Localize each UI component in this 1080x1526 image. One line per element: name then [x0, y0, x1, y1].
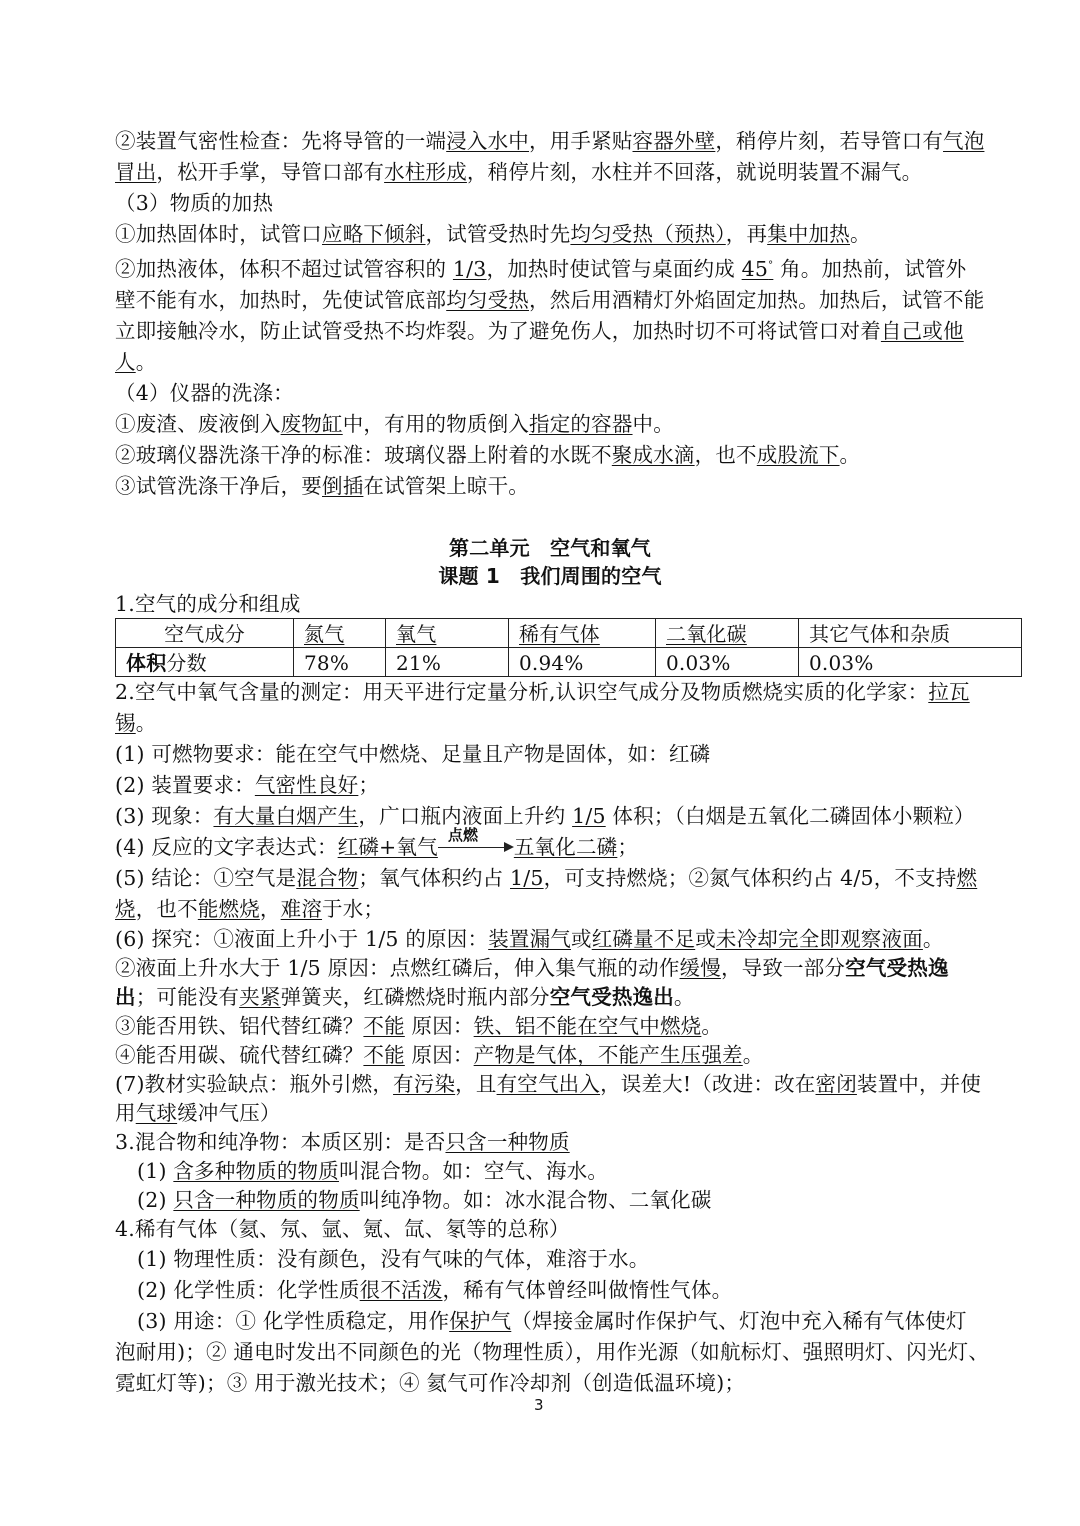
text: 3.混合物和纯净物：本质区别：是否	[115, 1130, 445, 1154]
table-cell: 二氧化碳	[656, 619, 799, 648]
underlined-term: 废物缸	[281, 412, 343, 436]
underlined-term: 均匀受热	[446, 288, 529, 312]
text: ，用手紧贴	[529, 129, 633, 153]
label: 分数	[166, 651, 206, 675]
text: (5) 结论：①空气是	[115, 866, 296, 890]
text: ，稍停片刻，若导管口有	[715, 129, 943, 153]
underlined-term: 集中加热	[767, 222, 850, 246]
text: ，可支持燃烧；②氮气体积约占 4/5，不支持	[544, 866, 957, 890]
underlined-term: 只含一种物质	[445, 1130, 569, 1154]
table-cell: 体积分数	[116, 648, 294, 677]
underlined-term: 不能	[363, 1043, 404, 1067]
heat-solid-paragraph: ①加热固体时，试管口应略下倾斜，试管受热时先均匀受热（预热），再集中加热。	[115, 219, 985, 250]
underlined-term: 难溶	[281, 897, 322, 921]
table-header-row: 空气成分 氮气 氧气 稀有气体 二氧化碳 其它气体和杂质	[116, 619, 1022, 648]
text: 叫混合物。如：空气、海水。	[339, 1159, 608, 1183]
underlined-term: 不能	[363, 1014, 404, 1038]
text: (1)	[137, 1159, 173, 1183]
text: 原因：	[405, 1043, 474, 1067]
text: (7)教材实验缺点：瓶外引燃，	[115, 1072, 393, 1096]
table-cell: 空气成分	[116, 619, 294, 648]
text: 或	[695, 927, 716, 951]
text: ，也不	[695, 443, 757, 467]
text: ③试管洗涤干净后，要	[115, 474, 322, 498]
text: ②玻璃仪器洗涤干净的标准：玻璃仪器上附着的水既不	[115, 443, 612, 467]
mixture-heading: 3.混合物和纯净物：本质区别：是否只含一种物质	[115, 1128, 985, 1157]
text: (3) 用途：① 化学性质稳定，用作	[137, 1309, 449, 1333]
text: 。	[850, 222, 871, 246]
text: 缓冲气压）	[177, 1101, 281, 1125]
text: ②加热液体，体积不超过试管容积的	[115, 257, 453, 281]
text: (6) 探究：①液面上升小于 1/5 的原因：	[115, 927, 488, 951]
text: (3) 现象：	[115, 804, 213, 828]
table-cell: 21%	[386, 648, 509, 677]
text: ①废渣、废液倒入	[115, 412, 281, 436]
table-cell: 78%	[294, 648, 386, 677]
oxygen-test-item-6d: ④能否用碳、硫代替红磷？不能 原因：产物是气体，不能产生压强差。	[115, 1041, 985, 1070]
underlined-term: 未冷却完全即观察液面	[716, 927, 923, 951]
text: 。	[923, 927, 944, 951]
text: 弹簧夹，红磷燃烧时瓶内部分	[281, 985, 550, 1009]
bold-label: 体积	[126, 651, 166, 675]
reaction-equation: 红磷+氧气点燃五氧化二磷	[338, 835, 618, 859]
oxygen-test-item-6b: ②液面上升水大于 1/5 原因：点燃红磷后，伸入集气瓶的动作缓慢，导致一部分空气…	[115, 954, 985, 1012]
text: 体积；（白烟是五氧化二磷固体小颗粒）	[606, 804, 975, 828]
composition-heading: 1.空气的成分和组成	[115, 590, 985, 618]
text: ；	[358, 773, 379, 797]
table-cell: 0.94%	[509, 648, 656, 677]
text: 。	[840, 443, 861, 467]
oxygen-test-item-3: (3) 现象：有大量白烟产生，广口瓶内液面上升约 1/5 体积；（白烟是五氧化二…	[115, 801, 985, 832]
text: ，且	[455, 1072, 496, 1096]
spacer	[115, 502, 985, 534]
underlined-term: 倒插	[322, 474, 363, 498]
text: ，稍停片刻，水柱并不回落，就说明装置不漏气。	[467, 160, 922, 184]
unit-title: 第二单元 空气和氧气	[115, 534, 985, 562]
bold-term: 空气受热逸出	[550, 985, 674, 1009]
oxygen-test-item-1: (1) 可燃物要求：能在空气中燃烧、足量且产物是固体，如：红磷	[115, 739, 985, 770]
underlined-term: 有大量白烟产生	[213, 804, 358, 828]
text: 。	[674, 985, 695, 1009]
text: 。	[743, 1043, 764, 1067]
text: ；氧气体积约占	[358, 866, 510, 890]
underlined-term: 浸入水中	[446, 129, 529, 153]
text: 中。	[633, 412, 674, 436]
underlined-term: 有空气出入	[497, 1072, 601, 1096]
underlined-term: 混合物	[296, 866, 358, 890]
arrow-line	[438, 847, 506, 848]
heating-heading: （3）物质的加热	[115, 188, 985, 219]
underlined-term: 容器外壁	[633, 129, 716, 153]
underlined-term: 气密性良好	[255, 773, 359, 797]
document-page: ②装置气密性检查：先将导管的一端浸入水中，用手紧贴容器外壁，稍停片刻，若导管口有…	[115, 126, 985, 1399]
table-cell: 氧气	[386, 619, 509, 648]
underlined-term: 稀有气体	[519, 622, 600, 646]
reactants: 红磷+氧气	[338, 835, 438, 859]
text: ④能否用碳、硫代替红磷？	[115, 1043, 363, 1067]
text: 。	[136, 711, 157, 735]
table-cell: 稀有气体	[509, 619, 656, 648]
mixture-item-1: (1) 含多种物质的物质叫混合物。如：空气、海水。	[115, 1157, 985, 1186]
wash-item-1: ①废渣、废液倒入废物缸中，有用的物质倒入指定的容器中。	[115, 409, 985, 440]
air-composition-table: 空气成分 氮气 氧气 稀有气体 二氧化碳 其它气体和杂质 体积分数 78% 21…	[115, 618, 1022, 677]
text: ，导致一部分	[721, 956, 845, 980]
underlined-term: 气球	[136, 1101, 177, 1125]
underlined-term: 保护气	[449, 1309, 511, 1333]
table-row: 体积分数 78% 21% 0.94% 0.03% 0.03%	[116, 648, 1022, 677]
underlined-term: 应略下倾斜	[322, 222, 426, 246]
table-cell: 0.03%	[656, 648, 799, 677]
oxygen-test-item-5: (5) 结论：①空气是混合物；氧气体积约占 1/5，可支持燃烧；②氮气体积约占 …	[115, 863, 985, 925]
underlined-term: 密闭	[816, 1072, 857, 1096]
underlined-angle: 45°	[742, 257, 774, 281]
text: ②装置气密性检查：先将导管的一端	[115, 129, 446, 153]
underlined-term: 很不活泼	[360, 1278, 443, 1302]
underlined-term: 成股流下	[757, 443, 840, 467]
rare-gas-heading: 4.稀有气体（氦、氖、氩、氪、氙、氡等的总称）	[115, 1215, 985, 1244]
wash-item-2: ②玻璃仪器洗涤干净的标准：玻璃仪器上附着的水既不聚成水滴，也不成股流下。	[115, 440, 985, 471]
underlined-term: 红磷量不足	[592, 927, 696, 951]
washing-heading: （4）仪器的洗涤：	[115, 378, 985, 409]
underlined-term: 有污染	[393, 1072, 455, 1096]
mixture-item-2: (2) 只含一种物质的物质叫纯净物。如：冰水混合物、二氧化碳	[115, 1186, 985, 1215]
text: 叫纯净物。如：冰水混合物、二氧化碳	[360, 1188, 712, 1212]
text: ；	[617, 835, 638, 859]
underlined-term: 1/3	[453, 257, 487, 281]
underlined-term: 聚成水滴	[612, 443, 695, 467]
underlined-term: 均匀受热（预热）	[570, 222, 725, 246]
text: 于水；	[322, 897, 384, 921]
heat-liquid-paragraph: ②加热液体，体积不超过试管容积的 1/3，加热时使试管与桌面约成 45° 角。加…	[115, 250, 985, 378]
text: 原因：	[405, 1014, 474, 1038]
underlined-term: 只含一种物质的物质	[173, 1188, 359, 1212]
rare-gas-item-1: (1) 物理性质：没有颜色，没有气味的气体，难溶于水。	[115, 1244, 985, 1275]
product: 五氧化二磷	[514, 835, 618, 859]
text: ，加热时使试管与桌面约成	[487, 257, 742, 281]
table-cell: 氮气	[294, 619, 386, 648]
text: ，松开手掌，导管口部有	[156, 160, 384, 184]
table-cell: 0.03%	[799, 648, 1022, 677]
underlined-term: 能燃烧	[198, 897, 260, 921]
underlined-term: 缓慢	[680, 956, 721, 980]
underlined-term: 氮气	[304, 622, 344, 646]
oxygen-test-item-6c: ③能否用铁、铝代替红磷？不能 原因：铁、铝不能在空气中燃烧。	[115, 1012, 985, 1041]
airtight-check-paragraph: ②装置气密性检查：先将导管的一端浸入水中，用手紧贴容器外壁，稍停片刻，若导管口有…	[115, 126, 985, 188]
rare-gas-item-3: (3) 用途：① 化学性质稳定，用作保护气（焊接金属时作保护气、灯泡中充入稀有气…	[115, 1306, 985, 1399]
lesson-title: 课题 1 我们周围的空气	[115, 562, 985, 590]
page-number: 3	[534, 1396, 544, 1414]
table-cell: 其它气体和杂质	[799, 619, 1022, 648]
text: (2) 化学性质：化学性质	[137, 1278, 360, 1302]
oxygen-test-item-2: (2) 装置要求：气密性良好；	[115, 770, 985, 801]
underlined-term: 水柱形成	[384, 160, 467, 184]
underlined-term: 夹紧	[239, 985, 280, 1009]
underlined-term: 氧气	[396, 622, 436, 646]
text: 中，有用的物质倒入	[343, 412, 529, 436]
text: ①加热固体时，试管口	[115, 222, 322, 246]
underlined-term: 二氧化碳	[666, 622, 747, 646]
text: 。	[701, 1014, 722, 1038]
oxygen-test-item-7: (7)教材实验缺点：瓶外引燃，有污染，且有空气出入，误差大!（改进：改在密闭装置…	[115, 1070, 985, 1128]
angle-value: 45	[742, 257, 769, 281]
oxygen-test-item-4: (4) 反应的文字表达式：红磷+氧气点燃五氧化二磷；	[115, 832, 985, 863]
underlined-term: 含多种物质的物质	[173, 1159, 339, 1183]
wash-item-3: ③试管洗涤干净后，要倒插在试管架上晾干。	[115, 471, 985, 502]
text: 。	[136, 350, 157, 374]
underlined-term: 指定的容器	[529, 412, 633, 436]
reaction-arrow-icon: 点燃	[438, 834, 514, 856]
text: ，也不	[136, 897, 198, 921]
text: ，	[260, 897, 281, 921]
oxygen-test-heading: 2.空气中氧气含量的测定：用天平进行定量分析,认识空气成分及物质燃烧实质的化学家…	[115, 677, 985, 739]
text: ；可能没有	[136, 985, 240, 1009]
oxygen-test-item-6: (6) 探究：①液面上升小于 1/5 的原因：装置漏气或红磷量不足或未冷却完全即…	[115, 925, 985, 954]
text: ，试管受热时先	[426, 222, 571, 246]
text: 在试管架上晾干。	[363, 474, 529, 498]
text: ②液面上升水大于 1/5 原因：点燃红磷后，伸入集气瓶的动作	[115, 956, 680, 980]
underlined-term: 1/5	[510, 866, 544, 890]
text: ③能否用铁、铝代替红磷？	[115, 1014, 363, 1038]
text: ，稀有气体曾经叫做惰性气体。	[442, 1278, 732, 1302]
underlined-term: 1/5	[572, 804, 606, 828]
text: (2) 装置要求：	[115, 773, 255, 797]
underlined-term: 产物是气体，不能产生压强差	[474, 1043, 743, 1067]
text: (4) 反应的文字表达式：	[115, 835, 338, 859]
text: 2.空气中氧气含量的测定：用天平进行定量分析,认识空气成分及物质燃烧实质的化学家…	[115, 680, 928, 704]
rare-gas-item-2: (2) 化学性质：化学性质很不活泼，稀有气体曾经叫做惰性气体。	[115, 1275, 985, 1306]
text: (2)	[137, 1188, 173, 1212]
underlined-term: 铁、铝不能在空气中燃烧	[474, 1014, 702, 1038]
text: 或	[571, 927, 592, 951]
arrow-head	[504, 842, 514, 852]
text: ，误差大!（改进：改在	[600, 1072, 815, 1096]
text: ，再	[726, 222, 767, 246]
underlined-term: 装置漏气	[488, 927, 571, 951]
